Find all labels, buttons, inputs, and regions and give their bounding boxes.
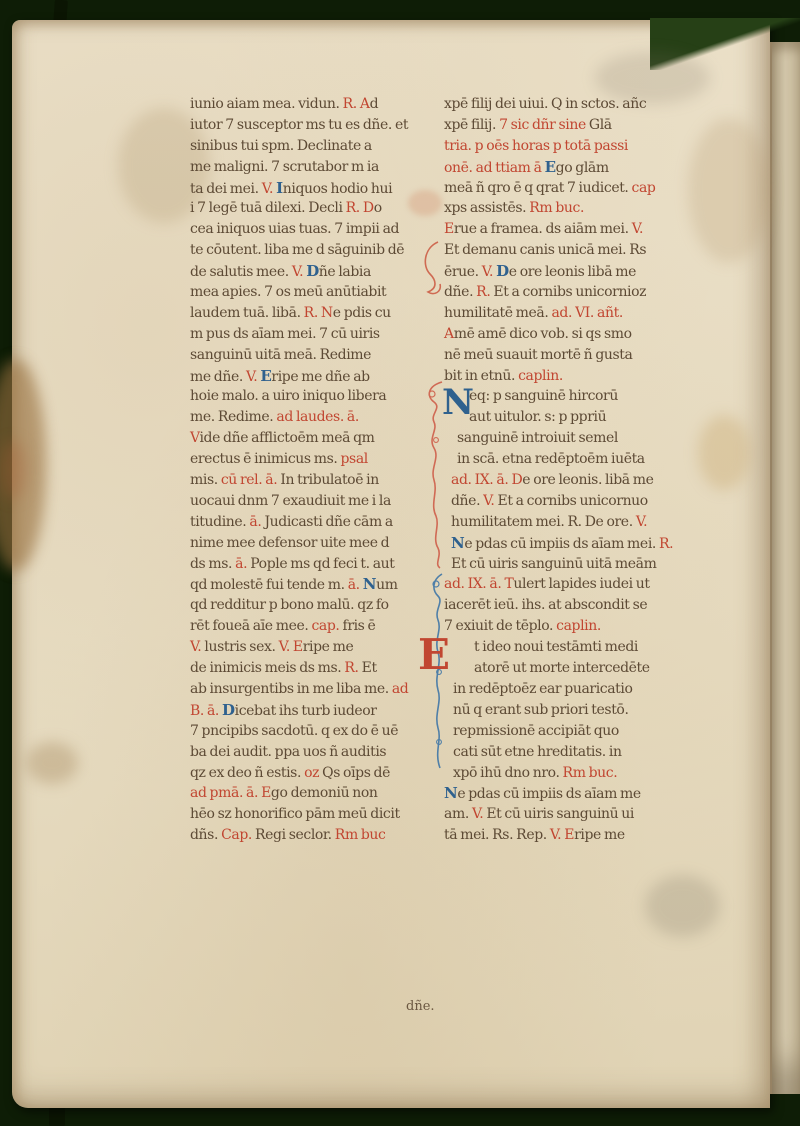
text-line: uocaui dnm 7 exaudiuit me i la [190, 491, 436, 512]
text-segment: ad. IX. ā. T [444, 576, 513, 592]
text-segment: 7 exiuit de tēplo. [444, 618, 556, 634]
text-segment: onē. ad ttiam ā [444, 160, 545, 176]
text-segment: ñe labia [319, 264, 371, 280]
text-line: meā ñ qro ē q qrat 7 iudicet. cap [444, 178, 706, 199]
text-segment: xpō ihū dno nro. [453, 765, 563, 781]
text-line: Et ideo noui testāmti medi [444, 637, 706, 658]
text-segment: sinibus tui spm. Declinate a [190, 138, 372, 154]
text-line: xpē filij. 7 sic dñr sine Glā [444, 115, 706, 136]
text-segment: e pdas cū impiis ds aīam me [457, 786, 641, 802]
text-segment: ripe me [303, 639, 354, 655]
text-segment: Pople ms qd feci t. aut [250, 556, 394, 572]
text-segment: E [545, 158, 556, 176]
text-segment: niquos hodio hui [283, 181, 392, 197]
stain [645, 875, 720, 937]
text-segment: e pdas cū impiis ds aīam mei. [464, 536, 659, 552]
text-line: nime mee defensor uite mee d [190, 533, 436, 554]
text-line: rēt foueā aīe mee. cap. fris ē [190, 616, 436, 637]
text-segment: R. D [346, 200, 374, 216]
text-line: ds ms. ā. Pople ms qd feci t. aut [190, 554, 436, 575]
text-segment: i 7 legē tuā dilexi. Decli [190, 200, 346, 216]
text-segment: Et [362, 660, 377, 676]
text-line: Amē amē dico vob. si qs smo [444, 324, 706, 345]
text-line: qz ex deo ñ estis. oz Qs oīps dē [190, 763, 436, 784]
text-line: laudem tuā. libā. R. Ne pdis cu [190, 303, 436, 324]
text-line: hoie malo. a uiro iniquo libera [190, 386, 436, 407]
text-segment: Et cū uiris sanguinū ui [486, 806, 634, 822]
text-line: dñe. V. Et a cornibs unicornuo [444, 491, 706, 512]
text-segment: ad. IX. ā. D [451, 472, 522, 488]
text-segment: ide dñe afflictoēm meā qm [199, 430, 374, 446]
text-line: xpē filij dei uiui. Q in sctos. añc [444, 94, 706, 115]
text-segment: ā. [235, 556, 250, 572]
text-segment: N [444, 784, 457, 802]
text-segment: ta dei mei. [190, 181, 262, 197]
text-segment: Et cū uiris sanguinū uitā meām [451, 556, 657, 572]
text-line: am. V. Et cū uiris sanguinū ui [444, 804, 706, 825]
text-segment: humilitatem mei. R. De ore. [451, 514, 636, 530]
text-segment: nū q erant sub priori testō. [453, 702, 629, 718]
text-line: iutor 7 susceptor ms tu es dñe. et [190, 115, 436, 136]
text-segment: R. N [304, 305, 333, 321]
text-line: nē meū suauit mortē ñ gusta [444, 345, 706, 366]
text-line: iacerēt ieū. ihs. at abscondit se [444, 595, 706, 616]
text-line: in scā. etna redēptoēm iuēta [444, 449, 706, 470]
text-segment: I [276, 179, 283, 197]
text-line: qd redditur p bono malū. qz fo [190, 595, 436, 616]
text-segment: 7 sic dñr sine [499, 117, 589, 133]
text-line: sinibus tui spm. Declinate a [190, 136, 436, 157]
text-segment: V. [482, 264, 496, 280]
text-segment: Et demanu canis unicā mei. Rs [444, 242, 646, 258]
text-segment: repmissionē accipiāt quo [453, 723, 619, 739]
text-segment: titudine. [190, 514, 249, 530]
text-segment: D [306, 262, 319, 280]
text-segment: go glām [556, 160, 609, 176]
text-line: aut uitulor. s: p ppriū [444, 407, 706, 428]
text-segment: iacerēt ieū. ihs. at abscondit se [444, 597, 647, 613]
catchword: dñe. [406, 999, 435, 1014]
text-segment: icebat ihs turb iudeor [235, 703, 377, 719]
text-segment: iunio aiam mea. vidun. [190, 96, 343, 112]
text-segment: cū rel. ā. [221, 472, 281, 488]
text-line: erectus ē inimicus ms. psal [190, 449, 436, 470]
text-line: atorē ut morte intercedēte [444, 658, 706, 679]
text-segment: hoie malo. a uiro iniquo libera [190, 388, 386, 404]
text-segment: ad laudes. ā. [276, 409, 359, 425]
text-segment: go demoniū non [271, 785, 378, 801]
text-line: Et demanu canis unicā mei. Rs [444, 240, 706, 261]
text-segment: laudem tuā. libā. [190, 305, 304, 321]
text-segment: in redēptoēz ear puaricatio [453, 681, 633, 697]
text-segment: ulert lapides iudei ut [513, 576, 649, 592]
text-segment: um [376, 577, 398, 593]
text-line: me. Redime. ad laudes. ā. [190, 407, 436, 428]
text-segment: qd redditur p bono malū. qz fo [190, 597, 389, 613]
text-segment: Rm buc. [529, 200, 584, 216]
text-line: cati sūt etne hreditatis. in [444, 742, 706, 763]
text-line: Ne pdas cū impiis ds aīam mei. R. [444, 533, 706, 554]
text-segment: e ore leonis libā me [509, 264, 636, 280]
text-segment: xps assistēs. [444, 200, 529, 216]
text-line: i 7 legē tuā dilexi. Decli R. Do [190, 198, 436, 219]
text-segment: ba dei audit. ppa uos ñ auditis [190, 744, 386, 760]
text-segment: V. [190, 639, 204, 655]
text-line: Et cū uiris sanguinū uitā meām [444, 554, 706, 575]
text-line: de inimicis meis ds ms. R. Et [190, 658, 436, 679]
text-line: humilitatem mei. R. De ore. V. [444, 512, 706, 533]
text-segment: de inimicis meis ds ms. [190, 660, 344, 676]
text-segment: V. [636, 514, 647, 530]
text-segment: ad [392, 681, 409, 697]
text-line: de salutis mee. V. Dñe labia [190, 261, 436, 282]
text-segment: V. [262, 181, 276, 197]
text-line: titudine. ā. Judicasti dñe cām a [190, 512, 436, 533]
text-segment: B. ā. [190, 703, 222, 719]
text-segment: rēt foueā aīe mee. [190, 618, 311, 634]
text-line: B. ā. Dicebat ihs turb iudeor [190, 700, 436, 721]
text-segment: D [222, 701, 235, 719]
text-line: Ne pdas cū impiis ds aīam me [444, 783, 706, 804]
text-line: ērue. V. De ore leonis libā me [444, 261, 706, 282]
text-segment: R. A [343, 96, 370, 112]
text-segment: ērue. [444, 264, 482, 280]
text-segment: V. [483, 493, 497, 509]
text-segment: caplin. [518, 368, 563, 384]
text-segment: dñs. [190, 827, 221, 843]
text-line: me maligni. 7 scrutabor m ia [190, 157, 436, 178]
text-line: Vide dñe afflictoēm meā qm [190, 428, 436, 449]
text-segment: tā mei. Rs. Rep. [444, 827, 550, 843]
text-line: sanguinū uitā meā. Redime [190, 345, 436, 366]
text-segment: cati sūt etne hreditatis. in [453, 744, 622, 760]
text-segment: o [374, 200, 382, 216]
text-segment: humilitatē meā. [444, 305, 551, 321]
text-segment: xpē filij. [444, 117, 499, 133]
text-line: mea apies. 7 os meū anūtiabit [190, 282, 436, 303]
text-segment: N [451, 534, 464, 552]
text-segment: Glā [589, 117, 612, 133]
text-segment: aut uitulor. s: p ppriū [469, 409, 606, 425]
text-segment: te cōutent. liba me d sāguinib dē [190, 242, 404, 258]
text-segment: me dñe. [190, 369, 246, 385]
text-line: cea iniquos uias tuas. 7 impii ad [190, 219, 436, 240]
text-segment: Rm buc. [563, 765, 618, 781]
text-line: m pus ds aīam mei. 7 cū uiris [190, 324, 436, 345]
text-line: hēo sz honorifico pām meū dicit [190, 804, 436, 825]
text-segment: xpē filij dei uiui. Q in sctos. añc [444, 96, 646, 112]
text-segment: V. [292, 264, 306, 280]
text-segment: eq: p sanguinē hircorū [469, 388, 618, 404]
text-segment: Et a cornibs unicornioz [493, 284, 646, 300]
text-line: in redēptoēz ear puaricatio [444, 679, 706, 700]
text-line: te cōutent. liba me d sāguinib dē [190, 240, 436, 261]
text-line: tria. p oēs horas p totā passi [444, 136, 706, 157]
text-segment: ā. [348, 577, 363, 593]
text-line: dñs. Cap. Regi seclor. Rm buc [190, 825, 436, 846]
text-line: xpō ihū dno nro. Rm buc. [444, 763, 706, 784]
text-segment: caplin. [556, 618, 601, 634]
text-segment: oz [304, 765, 322, 781]
text-segment: V. [246, 369, 260, 385]
text-segment: ā. [249, 514, 264, 530]
text-segment: erectus ē inimicus ms. [190, 451, 341, 467]
text-segment: ripe me dñe ab [271, 369, 369, 385]
stain [0, 440, 26, 500]
text-segment: nē meū suauit mortē ñ gusta [444, 347, 632, 363]
text-segment: qd molestē fui tende m. [190, 577, 348, 593]
text-segment: bit in etnū. [444, 368, 518, 384]
text-segment: cea iniquos uias tuas. 7 impii ad [190, 221, 399, 237]
text-segment: ripe me [574, 827, 625, 843]
text-line: ad. IX. ā. Tulert lapides iudei ut [444, 574, 706, 595]
text-line: onē. ad ttiam ā Ego glām [444, 157, 706, 178]
text-segment: V. E [550, 827, 574, 843]
text-segment: nime mee defensor uite mee d [190, 535, 389, 551]
text-line: 7 pncipibs sacdotū. q ex do ē uē [190, 721, 436, 742]
text-segment: tria. p oēs horas p totā passi [444, 138, 628, 154]
text-line: xps assistēs. Rm buc. [444, 198, 706, 219]
text-segment: R. [344, 660, 361, 676]
column-left: iunio aiam mea. vidun. R. Adiutor 7 susc… [190, 94, 436, 846]
text-segment: cap. [311, 618, 342, 634]
text-segment: V. [632, 221, 643, 237]
text-line: ad. IX. ā. De ore leonis. libā me [444, 470, 706, 491]
text-segment: sanguinū uitā meā. Redime [190, 347, 371, 363]
text-segment: D [496, 262, 509, 280]
text-segment: Rm buc [335, 827, 386, 843]
text-segment: am. [444, 806, 472, 822]
text-segment: Et a cornibs unicornuo [498, 493, 648, 509]
text-segment: e pdis cu [333, 305, 391, 321]
text-segment: ds ms. [190, 556, 235, 572]
text-segment: meā ñ qro ē q qrat 7 iudicet. [444, 180, 632, 196]
text-line: tā mei. Rs. Rep. V. Eripe me [444, 825, 706, 846]
text-line: me dñe. V. Eripe me dñe ab [190, 366, 436, 387]
text-segment: ad pmā. ā. E [190, 785, 271, 801]
text-line: sanguinē introiuit semel [444, 428, 706, 449]
photo-background: iunio aiam mea. vidun. R. Adiutor 7 susc… [0, 0, 800, 1126]
text-line: mis. cū rel. ā. In tribulatoē in [190, 470, 436, 491]
text-line: dñe. R. Et a cornibs unicornioz [444, 282, 706, 303]
text-segment: N [363, 575, 376, 593]
text-segment: sanguinē introiuit semel [457, 430, 618, 446]
text-segment: mis. [190, 472, 221, 488]
text-segment: rue a framea. ds aiām mei. [454, 221, 632, 237]
text-segment: dñe. [451, 493, 483, 509]
text-line: repmissionē accipiāt quo [444, 721, 706, 742]
text-segment: dñe. [444, 284, 476, 300]
text-segment: e ore leonis. libā me [522, 472, 653, 488]
text-line: iunio aiam mea. vidun. R. Ad [190, 94, 436, 115]
text-segment: uocaui dnm 7 exaudiuit me i la [190, 493, 391, 509]
text-line: Neq: p sanguinē hircorū [444, 386, 706, 407]
text-line: 7 exiuit de tēplo. caplin. [444, 616, 706, 637]
text-segment: mē amē dico vob. si qs smo [454, 326, 632, 342]
next-page-edge [770, 42, 800, 1094]
text-segment: ab insurgentibs in me liba me. [190, 681, 392, 697]
text-segment: R. [476, 284, 493, 300]
text-line: ta dei mei. V. Iniquos hodio hui [190, 178, 436, 199]
text-segment: A [444, 326, 454, 342]
text-segment: t ideo noui testāmti medi [474, 639, 638, 655]
text-segment: iutor 7 susceptor ms tu es dñe. et [190, 117, 408, 133]
text-line: Erue a framea. ds aiām mei. V. [444, 219, 706, 240]
text-line: nū q erant sub priori testō. [444, 700, 706, 721]
text-line: bit in etnū. caplin. [444, 366, 706, 387]
text-segment: in scā. etna redēptoēm iuēta [457, 451, 645, 467]
text-segment: V. E [279, 639, 303, 655]
text-segment: me maligni. 7 scrutabor m ia [190, 159, 379, 175]
text-segment: ad. VI. añt. [551, 305, 622, 321]
text-segment: de salutis mee. [190, 264, 292, 280]
text-line: V. lustris sex. V. Eripe me [190, 637, 436, 658]
text-line: humilitatē meā. ad. VI. añt. [444, 303, 706, 324]
text-segment: m pus ds aīam mei. 7 cū uiris [190, 326, 380, 342]
text-segment: E [444, 221, 454, 237]
text-line: ab insurgentibs in me liba me. ad [190, 679, 436, 700]
text-segment: E [260, 367, 271, 385]
text-segment: R. [659, 536, 673, 552]
text-segment: Regi seclor. [255, 827, 335, 843]
text-segment: psal [341, 451, 368, 467]
text-segment: Judicasti dñe cām a [264, 514, 392, 530]
text-segment: 7 pncipibs sacdotū. q ex do ē uē [190, 723, 398, 739]
text-segment: atorē ut morte intercedēte [474, 660, 650, 676]
stain [26, 742, 78, 784]
text-segment: cap [632, 180, 656, 196]
text-segment: mea apies. 7 os meū anūtiabit [190, 284, 386, 300]
text-segment: fris ē [343, 618, 376, 634]
text-segment: qz ex deo ñ estis. [190, 765, 304, 781]
text-line: qd molestē fui tende m. ā. Num [190, 574, 436, 595]
text-segment: me. Redime. [190, 409, 276, 425]
column-right: xpē filij dei uiui. Q in sctos. añcxpē f… [444, 94, 706, 846]
text-segment: V. [472, 806, 486, 822]
text-segment: Cap. [221, 827, 255, 843]
text-segment: In tribulatoē in [280, 472, 378, 488]
text-segment: hēo sz honorifico pām meū dicit [190, 806, 400, 822]
text-segment: d [370, 96, 379, 112]
text-segment: Qs oīps dē [322, 765, 390, 781]
text-line: ad pmā. ā. Ego demoniū non [190, 783, 436, 804]
text-line: ba dei audit. ppa uos ñ auditis [190, 742, 436, 763]
text-segment: lustris sex. [204, 639, 278, 655]
